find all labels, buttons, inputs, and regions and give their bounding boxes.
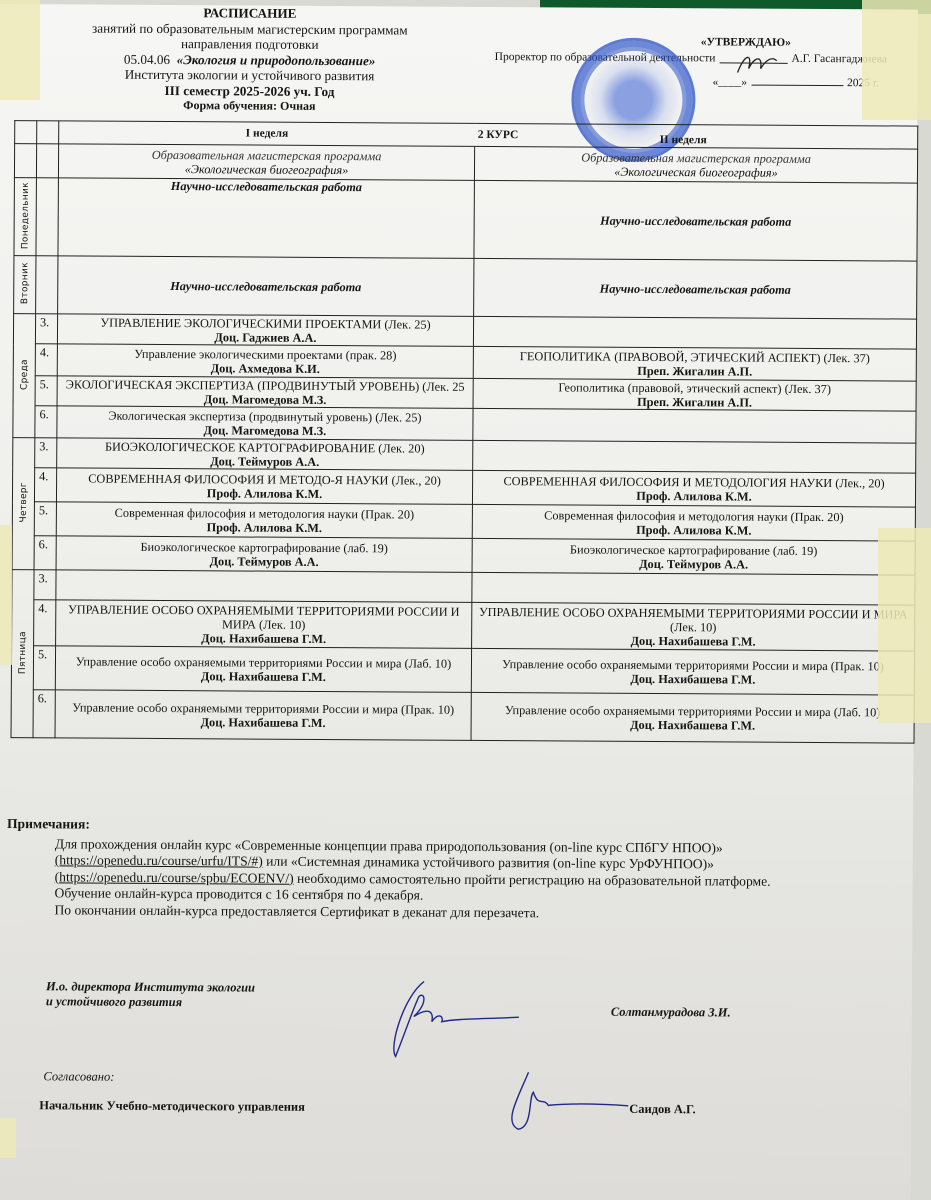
fri-w1-cell: Управление особо охраняемыми территориям… bbox=[55, 690, 471, 741]
teacher-name: Доц. Гаджиев А.А. bbox=[60, 329, 471, 346]
period-number: 6. bbox=[33, 690, 55, 738]
subject-title: БИОЭКОЛОГИЧЕСКОЕ КАРТОГРАФИРОВАНИЕ (Лек.… bbox=[59, 439, 470, 456]
notes-section: Примечания: Для прохождения онлайн курс … bbox=[6, 816, 897, 923]
approval-role-line: Проректор по образовательной деятельност… bbox=[495, 51, 887, 65]
subject-title: Управление особо охраняемыми территориям… bbox=[58, 654, 469, 671]
thu-w2-cell: Биоэкологическое картографирование (лаб.… bbox=[472, 538, 915, 575]
tape-strip bbox=[0, 525, 12, 665]
teacher-name: Преп. Жигалин А.П. bbox=[476, 393, 914, 410]
subject-title: Управление особо охраняемыми территориям… bbox=[474, 656, 912, 673]
fri-w1-cell: УПРАВЛЕНИЕ ОСОБО ОХРАНЯЕМЫМИ ТЕРРИТОРИЯМ… bbox=[56, 600, 472, 649]
week2-header: II неделя bbox=[475, 123, 918, 149]
day-monday: Понедельник bbox=[14, 178, 36, 256]
subject-title bbox=[475, 455, 913, 458]
teacher-name: Преп. Жигалин А.П. bbox=[476, 362, 914, 379]
table-row: 5.Современная философия и методология на… bbox=[12, 502, 915, 542]
schedule-table: I неделя2 КУРС II неделя Образовательная… bbox=[11, 120, 919, 744]
period-number: 5. bbox=[35, 376, 57, 406]
teacher-name: Доц. Магомедова М.З. bbox=[59, 422, 470, 439]
fri-w1-cell bbox=[56, 570, 472, 603]
tape-strip bbox=[0, 1118, 16, 1158]
teacher-name: Доц. Ахмедова К.И. bbox=[60, 360, 471, 377]
wed-w1-cell: ЭКОЛОГИЧЕСКАЯ ЭКСПЕРТИЗА (ПРОДВИНУТЫЙ УР… bbox=[57, 376, 473, 409]
day-thu: Четверг bbox=[12, 438, 35, 570]
signature-icon bbox=[735, 48, 780, 78]
teacher-name: Доц. Нахибашева Г.М. bbox=[474, 716, 912, 733]
director-role: И.о. директора Института экологиии устой… bbox=[46, 979, 255, 1010]
teacher-name: Проф. Алилова К.М. bbox=[59, 485, 470, 502]
direction-code: 05.04.06 bbox=[124, 51, 170, 66]
wed-w2-cell bbox=[473, 408, 916, 443]
mon-week1-cell: Научно-исследовательская работа bbox=[58, 178, 474, 259]
program-week1: Образовательная магистерская программа«Э… bbox=[58, 144, 474, 181]
fri-w2-cell: УПРАВЛЕНИЕ ОСОБО ОХРАНЯЕМЫМИ ТЕРРИТОРИЯМ… bbox=[472, 602, 915, 651]
teacher-name: Проф. Алилова К.М. bbox=[59, 519, 470, 536]
fri-w2-cell: Управление особо охраняемыми территориям… bbox=[471, 648, 914, 695]
period-number: 3. bbox=[34, 570, 56, 600]
teacher-name: Доц. Теймуров А.А. bbox=[475, 555, 913, 572]
methodology-head-name: Саидов А.Г. bbox=[629, 1102, 696, 1117]
subject-title bbox=[58, 585, 469, 588]
teacher-name: Доц. Нахибашева Г.М. bbox=[58, 714, 469, 731]
fri-w2-cell: Управление особо охраняемыми территориям… bbox=[471, 692, 914, 743]
thu-w1-cell: Биоэкологическое картографирование (лаб.… bbox=[56, 536, 472, 573]
subject-title bbox=[474, 587, 912, 590]
teacher-name: Проф. Алилова К.М. bbox=[475, 521, 913, 538]
study-form: Форма обучения: Очная bbox=[59, 97, 439, 115]
thu-w1-cell: СОВРЕМЕННАЯ ФИЛОСОФИЯ И МЕТОДО-Я НАУКИ (… bbox=[56, 468, 472, 505]
signatures-footer: И.о. директора Института экологиии устой… bbox=[0, 979, 912, 985]
subject-title: Управление особо охраняемыми территориям… bbox=[474, 702, 912, 719]
thu-w2-cell: СОВРЕМЕННАЯ ФИЛОСОФИЯ И МЕТОДОЛОГИЯ НАУК… bbox=[472, 470, 915, 507]
table-row: 6.Биоэкологическое картографирование (ла… bbox=[12, 536, 915, 576]
period-number: 4. bbox=[35, 344, 57, 376]
period-number: 5. bbox=[34, 502, 56, 536]
wed-w1-cell: УПРАВЛЕНИЕ ЭКОЛОГИЧЕСКИМИ ПРОЕКТАМИ (Лек… bbox=[57, 314, 473, 347]
period-number: 4. bbox=[34, 600, 56, 646]
day-wed: Среда bbox=[13, 314, 36, 438]
teacher-name: Доц. Нахибашева Г.М. bbox=[474, 632, 912, 649]
program-week2: Образовательная магистерская программа«Э… bbox=[474, 146, 917, 183]
course-link-2[interactable]: (https://openedu.ru/course/spbu/ECOENV/) bbox=[55, 869, 294, 885]
wed-w2-cell: Геополитика (правовой, этический аспект)… bbox=[473, 378, 916, 411]
teacher-name: Доц. Теймуров А.А. bbox=[59, 453, 470, 470]
document-header: РАСПИСАНИЕ занятий по образовательным ма… bbox=[59, 4, 440, 115]
approval-title: «УТВЕРЖДАЮ» bbox=[701, 36, 791, 49]
teacher-name bbox=[476, 331, 914, 334]
fri-w1-cell: Управление особо охраняемыми территориям… bbox=[55, 646, 471, 693]
mon-week2-cell: Научно-исследовательская работа bbox=[474, 180, 917, 261]
subject-title: УПРАВЛЕНИЕ ЭКОЛОГИЧЕСКИМИ ПРОЕКТАМИ (Лек… bbox=[60, 315, 471, 332]
subject-title: УПРАВЛЕНИЕ ОСОБО ОХРАНЯЕМЫМИ ТЕРРИТОРИЯМ… bbox=[58, 602, 469, 633]
tue-week2-cell: Научно-исследовательская работа bbox=[474, 258, 917, 319]
wed-w2-cell: ГЕОПОЛИТИКА (ПРАВОВОЙ, ЭТИЧЕСКИЙ АСПЕКТ)… bbox=[473, 346, 916, 381]
table-row: 4.УПРАВЛЕНИЕ ОСОБО ОХРАНЯЕМЫМИ ТЕРРИТОРИ… bbox=[12, 600, 915, 652]
director-signature-icon bbox=[384, 976, 525, 1062]
thu-w2-cell: Современная философия и методология наук… bbox=[472, 504, 915, 541]
methodology-head-signature-icon bbox=[498, 1067, 633, 1138]
teacher-name: Доц. Нахибашева Г.М. bbox=[58, 630, 469, 647]
teacher-name bbox=[475, 424, 913, 427]
course-label: 2 КУРС bbox=[478, 128, 519, 142]
table-row: 5.Управление особо охраняемыми территори… bbox=[11, 646, 914, 696]
day-fri: Пятница bbox=[11, 570, 34, 738]
wed-w1-cell: Управление экологическими проектами (пра… bbox=[57, 344, 473, 379]
teacher-name: Доц. Нахибашева Г.М. bbox=[58, 668, 469, 685]
teacher-name: Доц. Теймуров А.А. bbox=[59, 553, 470, 570]
teacher-name bbox=[58, 585, 469, 588]
direction-name: «Экология и природопользование» bbox=[177, 52, 376, 68]
thu-w1-cell: БИОЭКОЛОГИЧЕСКОЕ КАРТОГРАФИРОВАНИЕ (Лек.… bbox=[57, 438, 473, 471]
course-link-1[interactable]: (https://openedu.ru/course/urfu/ITS/#) bbox=[55, 852, 263, 868]
wed-w1-cell: Экологическая экспертиза (продвинутый ур… bbox=[57, 406, 473, 441]
period-number: 4. bbox=[34, 468, 56, 502]
table-row: 4.СОВРЕМЕННАЯ ФИЛОСОФИЯ И МЕТОДО-Я НАУКИ… bbox=[12, 468, 915, 508]
subject-title: Управление особо охраняемыми территориям… bbox=[58, 700, 469, 717]
subject-title: УПРАВЛЕНИЕ ОСОБО ОХРАНЯЕМЫМИ ТЕРРИТОРИЯМ… bbox=[474, 604, 912, 635]
subject-title: СОВРЕМЕННАЯ ФИЛОСОФИЯ И МЕТОДОЛОГИЯ НАУК… bbox=[475, 473, 913, 490]
thu-w2-cell bbox=[473, 440, 916, 473]
teacher-name: Проф. Алилова К.М. bbox=[475, 487, 913, 504]
approval-block: «УТВЕРЖДАЮ» Проректор по образовательной… bbox=[495, 35, 915, 38]
subject-title bbox=[475, 424, 913, 427]
subject-title: ЭКОЛОГИЧЕСКАЯ ЭКСПЕРТИЗА (ПРОДВИНУТЫЙ УР… bbox=[60, 377, 471, 394]
subject-title: СОВРЕМЕННАЯ ФИЛОСОФИЯ И МЕТОДО-Я НАУКИ (… bbox=[59, 471, 470, 488]
agreed-label: Согласовано: bbox=[43, 1069, 114, 1084]
week1-header: I неделя2 КУРС bbox=[59, 121, 475, 147]
subject-title: Современная философия и методология наук… bbox=[59, 505, 470, 522]
teacher-name: Доц. Магомедова М.З. bbox=[60, 391, 471, 408]
teacher-name bbox=[475, 455, 913, 458]
schedule-document: РАСПИСАНИЕ занятий по образовательным ма… bbox=[0, 4, 918, 1200]
notes-label: Примечания: bbox=[7, 816, 897, 838]
tape-strip bbox=[878, 528, 931, 723]
header-line-1: занятий по образовательным магистерским … bbox=[60, 20, 440, 38]
teacher-name: Доц. Нахибашева Г.М. bbox=[474, 670, 912, 687]
tape-strip bbox=[862, 0, 931, 120]
thu-w1-cell: Современная философия и методология наук… bbox=[56, 502, 472, 539]
wed-w2-cell bbox=[473, 316, 916, 349]
wednesday-block: Среда3.УПРАВЛЕНИЕ ЭКОЛОГИЧЕСКИМИ ПРОЕКТА… bbox=[13, 314, 917, 444]
methodology-head-role: Начальник Учебно-методического управлени… bbox=[39, 1098, 305, 1115]
friday-block: Пятница3.4.УПРАВЛЕНИЕ ОСОБО ОХРАНЯЕМЫМИ … bbox=[11, 570, 915, 744]
director-name: Солтанмурадова З.И. bbox=[611, 1005, 731, 1021]
teacher-name bbox=[474, 587, 912, 590]
day-tuesday: Вторник bbox=[14, 256, 36, 314]
note-paragraph-1: Для прохождения онлайн курс «Современные… bbox=[55, 836, 897, 891]
tue-week1-cell: Научно-исследовательская работа bbox=[58, 256, 474, 317]
notes-body: Для прохождения онлайн курс «Современные… bbox=[6, 836, 896, 924]
table-row: 6.Управление особо охраняемыми территори… bbox=[11, 690, 914, 744]
period-number: 6. bbox=[35, 406, 57, 438]
subject-title: ГЕОПОЛИТИКА (ПРАВОВОЙ, ЭТИЧЕСКИЙ АСПЕКТ)… bbox=[476, 348, 914, 365]
period-number: 5. bbox=[33, 646, 55, 690]
period-number: 6. bbox=[34, 536, 56, 570]
tape-strip bbox=[0, 0, 40, 100]
thursday-block: Четверг3.БИОЭКОЛОГИЧЕСКОЕ КАРТОГРАФИРОВА… bbox=[12, 438, 916, 576]
date-line bbox=[751, 85, 843, 87]
period-number: 3. bbox=[35, 438, 57, 468]
subject-title bbox=[476, 331, 914, 334]
period-number: 3. bbox=[35, 314, 57, 344]
subject-title: Экологическая экспертиза (продвинутый ур… bbox=[59, 408, 470, 425]
fri-w2-cell bbox=[472, 572, 915, 605]
